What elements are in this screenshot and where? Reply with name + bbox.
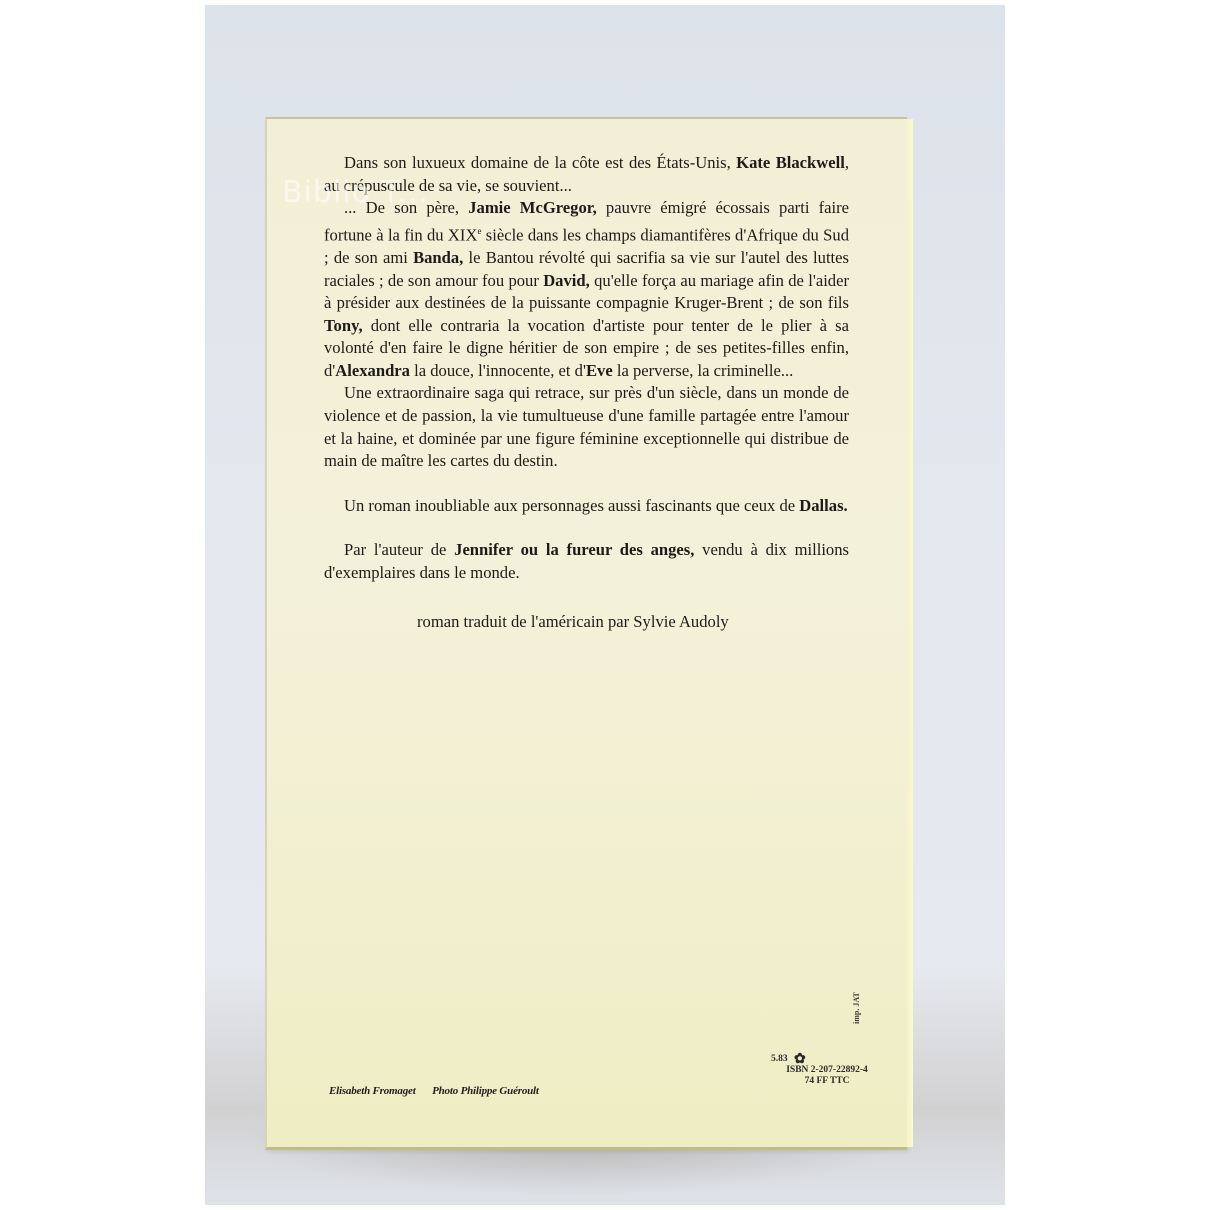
watermark: Biblio T... xyxy=(282,175,429,210)
book-back-cover: Dans son luxueux domaine de la côte est … xyxy=(265,117,907,1150)
printer-mark: imp. JAT xyxy=(852,992,861,1024)
photo-credit: Photo Philippe Guéroult xyxy=(432,1085,539,1097)
blurb-paragraph-5: Par l'auteur de Jennifer ou la fureur de… xyxy=(324,539,849,584)
translator-credit: roman traduit de l'américain par Sylvie … xyxy=(417,612,817,632)
code-line: 5.83 ✿ xyxy=(767,1054,887,1065)
cover-credits: Elisabeth Fromaget Photo Philippe Guérou… xyxy=(329,1085,553,1097)
blurb-paragraph-4: Un roman inoubliable aux personnages aus… xyxy=(324,495,849,518)
blurb: Dans son luxueux domaine de la côte est … xyxy=(324,152,849,585)
price: 74 FF TTC xyxy=(767,1076,887,1087)
photo: Dans son luxueux domaine de la côte est … xyxy=(205,5,1005,1205)
catalog-code: 5.83 xyxy=(771,1054,788,1064)
blurb-paragraph-3: Une extraordinaire saga qui retrace, sur… xyxy=(324,382,849,472)
designer-credit: Elisabeth Fromaget xyxy=(329,1085,416,1097)
blurb-paragraph-2: ... De son père, Jamie McGregor, pauvre … xyxy=(324,197,849,382)
isbn: ISBN 2-207-22892-4 xyxy=(767,1065,887,1076)
isbn-block: 5.83 ✿ ISBN 2-207-22892-4 74 FF TTC xyxy=(767,1054,887,1087)
publisher-logo-icon: ✿ xyxy=(794,1054,806,1065)
